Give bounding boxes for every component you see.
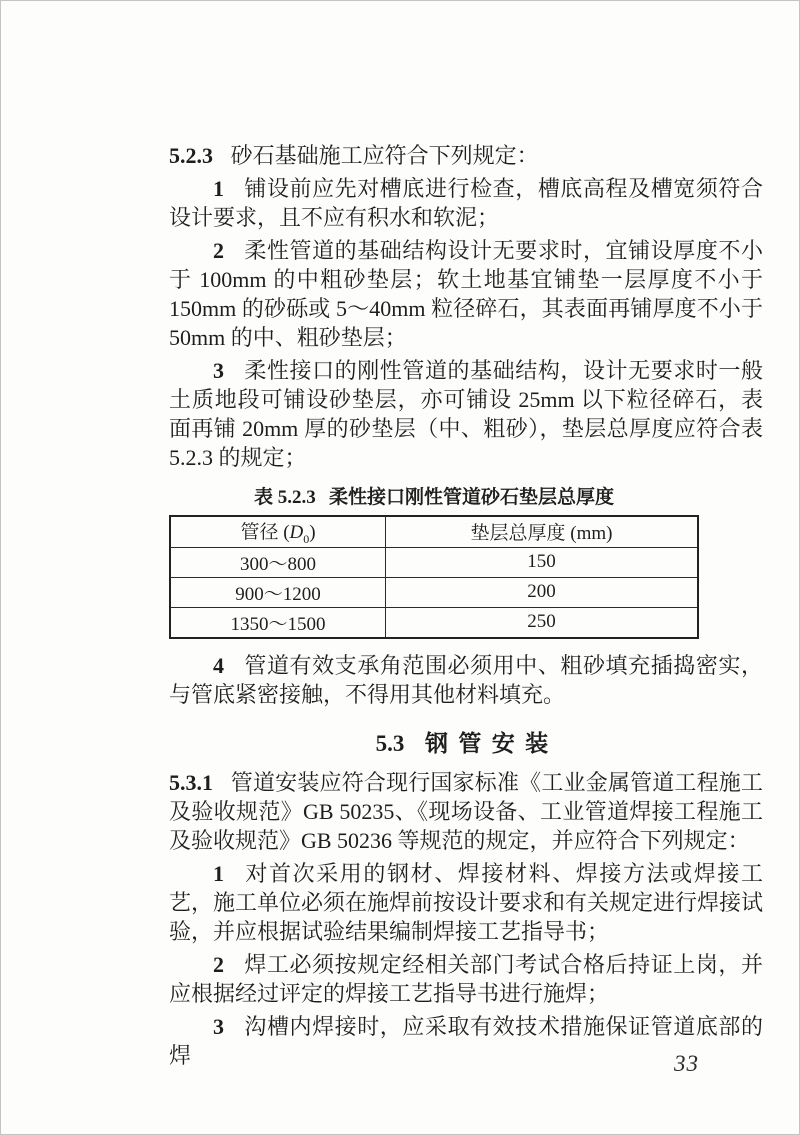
clause-5-2-3-item-3: 3柔性接口的刚性管道的基础结构，设计无要求时一般土质地段可铺设砂垫层，亦可铺设 … bbox=[169, 356, 763, 472]
table-row: 900～1200 200 bbox=[170, 577, 698, 607]
table-header-thickness: 垫层总厚度 (mm) bbox=[386, 516, 698, 547]
clause-5-3-1: 5.3.1管道安装应符合现行国家标准《工业金属管道工程施工及验收规范》GB 50… bbox=[169, 768, 763, 855]
thickness-cell: 250 bbox=[386, 607, 698, 638]
item-text: 对首次采用的钢材、焊接材料、焊接方法或焊接工艺，施工单位必须在施焊前按设计要求和… bbox=[169, 861, 763, 944]
page-content: 5.2.3砂石基础施工应符合下列规定： 1铺设前应先对槽底进行检查，槽底高程及槽… bbox=[1, 1, 799, 1070]
item-text: 柔性接口的刚性管道的基础结构，设计无要求时一般土质地段可铺设砂垫层，亦可铺设 2… bbox=[169, 358, 763, 470]
section-number: 5.3 bbox=[376, 731, 405, 756]
clause-text: 砂石基础施工应符合下列规定： bbox=[231, 143, 539, 168]
clause-number: 5.3.1 bbox=[169, 770, 213, 795]
item-text: 铺设前应先对槽底进行检查，槽底高程及槽宽须符合设计要求，且不应有积水和软泥； bbox=[169, 176, 763, 230]
item-number: 1 bbox=[213, 176, 224, 201]
item-number: 3 bbox=[213, 1014, 224, 1039]
item-number: 2 bbox=[213, 952, 224, 977]
clause-number: 5.2.3 bbox=[169, 143, 213, 168]
table-caption-title: 柔性接口刚性管道砂石垫层总厚度 bbox=[329, 487, 614, 508]
item-text: 管道有效支承角范围必须用中、粗砂填充插捣密实，与管底紧密接触，不得用其他材料填充… bbox=[169, 653, 763, 707]
section-heading-5-3: 5.3钢管安装 bbox=[169, 729, 765, 758]
table-row: 1350～1500 250 bbox=[170, 607, 698, 638]
clause-5-2-3-item-2: 2柔性管道的基础结构设计无要求时，宜铺设厚度不小于 100mm 的中粗砂垫层；软… bbox=[169, 236, 763, 352]
table-row: 300～800 150 bbox=[170, 547, 698, 577]
table-caption-label: 表 5.2.3 bbox=[254, 487, 316, 508]
item-number: 2 bbox=[213, 238, 224, 263]
table-caption: 表 5.2.3柔性接口刚性管道砂石垫层总厚度 bbox=[169, 485, 699, 511]
clause-5-3-1-item-2: 2焊工必须按规定经相关部门考试合格后持证上岗，并应根据经过评定的焊接工艺指导书进… bbox=[169, 950, 763, 1008]
bedding-thickness-table: 管径 (D0) 垫层总厚度 (mm) 300～800 150 900～1200 … bbox=[169, 515, 699, 639]
diameter-cell: 300～800 bbox=[170, 547, 386, 577]
table-header-diameter: 管径 (D0) bbox=[170, 516, 386, 547]
item-number: 3 bbox=[213, 358, 224, 383]
item-text: 焊工必须按规定经相关部门考试合格后持证上岗，并应根据经过评定的焊接工艺指导书进行… bbox=[169, 952, 763, 1006]
clause-5-2-3-item-1: 1铺设前应先对槽底进行检查，槽底高程及槽宽须符合设计要求，且不应有积水和软泥； bbox=[169, 174, 763, 232]
thickness-cell: 200 bbox=[386, 577, 698, 607]
item-number: 4 bbox=[213, 653, 224, 678]
diameter-cell: 900～1200 bbox=[170, 577, 386, 607]
section-title: 钢管安装 bbox=[425, 731, 558, 756]
clause-text: 管道安装应符合现行国家标准《工业金属管道工程施工及验收规范》GB 50235、《… bbox=[169, 770, 763, 853]
page-number: 33 bbox=[674, 1051, 699, 1077]
item-text: 柔性管道的基础结构设计无要求时，宜铺设厚度不小于 100mm 的中粗砂垫层；软土… bbox=[169, 238, 763, 350]
table-header-row: 管径 (D0) 垫层总厚度 (mm) bbox=[170, 516, 698, 547]
scanned-page: 5.2.3砂石基础施工应符合下列规定： 1铺设前应先对槽底进行检查，槽底高程及槽… bbox=[0, 0, 800, 1135]
diameter-cell: 1350～1500 bbox=[170, 607, 386, 638]
clause-5-3-1-item-1: 1对首次采用的钢材、焊接材料、焊接方法或焊接工艺，施工单位必须在施焊前按设计要求… bbox=[169, 859, 763, 946]
header-text: 管径 ( bbox=[240, 522, 289, 543]
clause-5-2-3: 5.2.3砂石基础施工应符合下列规定： bbox=[169, 141, 763, 170]
clause-5-2-3-item-4: 4管道有效支承角范围必须用中、粗砂填充插捣密实，与管底紧密接触，不得用其他材料填… bbox=[169, 651, 763, 709]
diameter-symbol: D bbox=[290, 522, 304, 543]
thickness-cell: 150 bbox=[386, 547, 698, 577]
header-text: ) bbox=[309, 522, 315, 543]
item-number: 1 bbox=[213, 861, 224, 886]
